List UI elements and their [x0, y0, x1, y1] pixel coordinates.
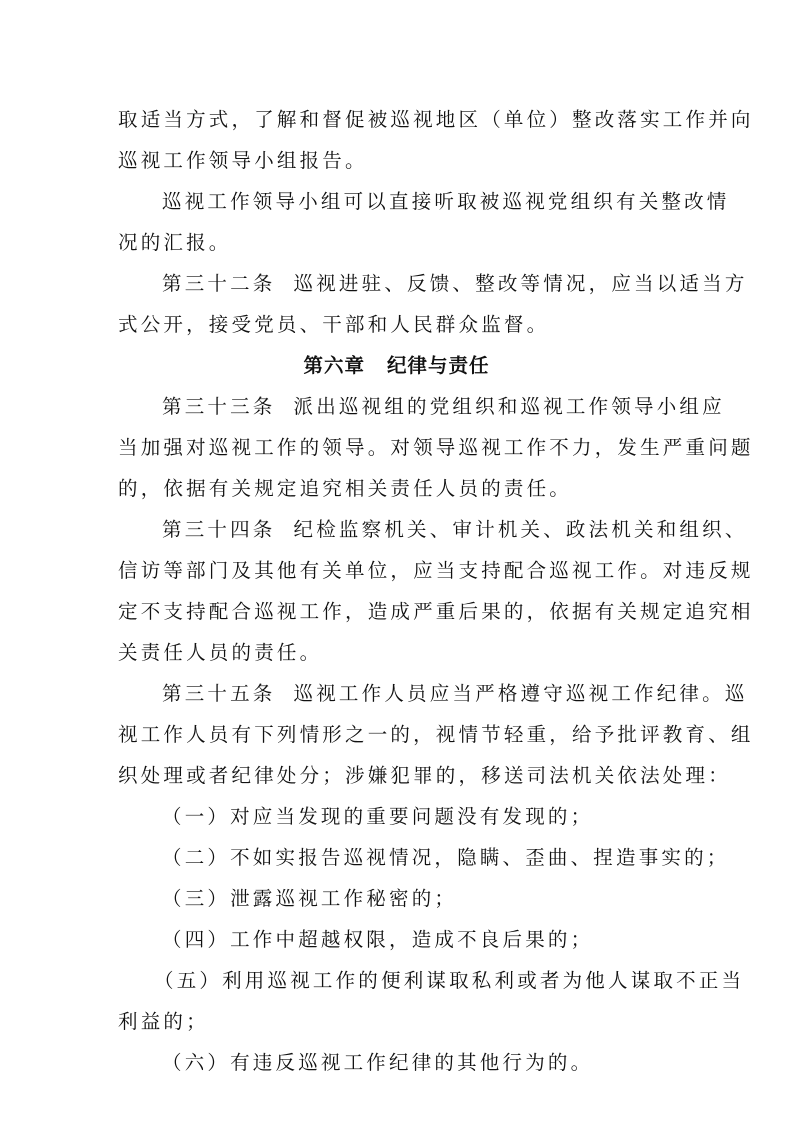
- article-label: 第三十二条: [162, 272, 276, 295]
- paragraph-line: 况的汇报。: [118, 231, 678, 255]
- list-item: （三）泄露巡视工作秘密的；: [162, 887, 722, 911]
- paragraph-line: 定不支持配合巡视工作，造成严重后果的，依据有关规定追究相: [118, 600, 678, 624]
- list-item: （六）有违反巡视工作纪律的其他行为的。: [162, 1051, 722, 1075]
- list-item: （二）不如实报告巡视情况，隐瞒、歪曲、捏造事实的；: [162, 846, 722, 870]
- list-item: （一）对应当发现的重要问题没有发现的；: [162, 805, 722, 829]
- article-label: 第三十五条: [162, 682, 276, 705]
- paragraph-line: 巡视工作领导小组可以直接听取被巡视党组织有关整改情: [162, 190, 722, 214]
- paragraph-line: 式公开，接受党员、干部和人民群众监督。: [118, 313, 678, 337]
- paragraph-line: 信访等部门及其他有关单位，应当支持配合巡视工作。对违反规: [118, 559, 678, 583]
- paragraph-line: 当加强对巡视工作的领导。对领导巡视工作不力，发生严重问题: [118, 436, 678, 460]
- article-35-first-line: 第三十五条巡视工作人员应当严格遵守巡视工作纪律。巡: [162, 682, 722, 706]
- paragraph-line: 关责任人员的责任。: [118, 641, 678, 665]
- list-item-continuation: 利益的；: [118, 1010, 678, 1034]
- chapter-heading: 第六章纪律与责任: [0, 354, 793, 378]
- chapter-title: 纪律与责任: [387, 354, 490, 377]
- paragraph-line: 织处理或者纪律处分；涉嫌犯罪的，移送司法机关依法处理：: [118, 764, 678, 788]
- list-item: （五）利用巡视工作的便利谋取私利或者为他人谋取不正当: [154, 969, 714, 993]
- article-label: 第三十三条: [162, 395, 276, 418]
- paragraph-line: 取适当方式，了解和督促被巡视地区（单位）整改落实工作并向: [118, 108, 678, 132]
- paragraph-line: 的，依据有关规定追究相关责任人员的责任。: [118, 477, 678, 501]
- chapter-number: 第六章: [303, 354, 365, 377]
- document-page: 取适当方式，了解和督促被巡视地区（单位）整改落实工作并向 巡视工作领导小组报告。…: [0, 0, 793, 1122]
- paragraph-line: 视工作人员有下列情形之一的，视情节轻重，给予批评教育、组: [118, 723, 678, 747]
- article-34-first-line: 第三十四条纪检监察机关、审计机关、政法机关和组织、: [162, 518, 722, 542]
- paragraph-line: 巡视工作领导小组报告。: [118, 149, 678, 173]
- article-32-first-line: 第三十二条巡视进驻、反馈、整改等情况，应当以适当方: [162, 272, 722, 296]
- article-label: 第三十四条: [162, 518, 276, 541]
- list-item: （四）工作中超越权限，造成不良后果的；: [162, 928, 722, 952]
- article-33-first-line: 第三十三条派出巡视组的党组织和巡视工作领导小组应: [162, 395, 722, 419]
